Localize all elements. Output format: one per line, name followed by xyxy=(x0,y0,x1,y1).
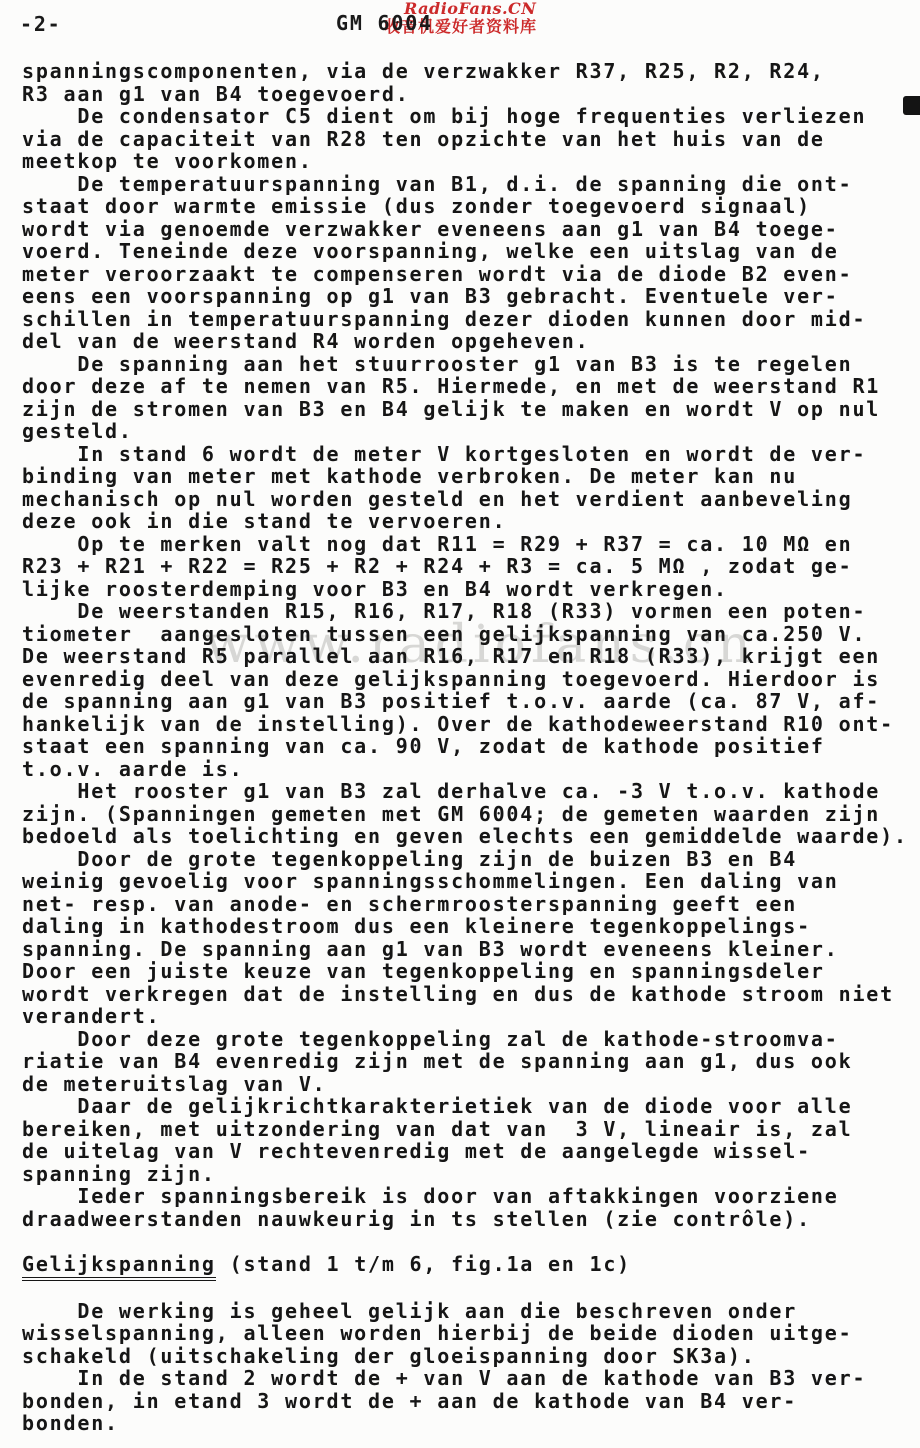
document-body: spanningscomponenten, via de verzwakker … xyxy=(22,60,908,1435)
text-line: eens een voorspanning op g1 van B3 gebra… xyxy=(22,285,908,308)
text-line: zijn. (Spanningen gemeten met GM 6004; d… xyxy=(22,803,908,826)
text-line: gesteld. xyxy=(22,420,908,443)
text-line: hankelijk van de instelling). Over de ka… xyxy=(22,713,908,736)
text-line: evenredig deel van deze gelijkspanning t… xyxy=(22,668,908,691)
text-line: Door deze grote tegenkoppeling zal de ka… xyxy=(22,1028,908,1051)
text-line: weinig gevoelig voor spanningsschommelin… xyxy=(22,870,908,893)
text-line: De weerstand R5 parallel aan R16, R17 en… xyxy=(22,645,908,668)
text-line: staat door warmte emissie (dus zonder to… xyxy=(22,195,908,218)
section-heading-title: Gelijkspanning xyxy=(22,1252,216,1281)
text-line: spanning zijn. xyxy=(22,1163,908,1186)
text-line: wisselspanning, alleen worden hierbij de… xyxy=(22,1322,908,1345)
text-line: deze ook in die stand te vervoeren. xyxy=(22,510,908,533)
text-line: R23 + R21 + R22 = R25 + R2 + R24 + R3 = … xyxy=(22,555,908,578)
text-line: meetkop te voorkomen. xyxy=(22,150,908,173)
text-line: De temperatuurspanning van B1, d.i. de s… xyxy=(22,173,908,196)
text-line: De condensator C5 dient om bij hoge freq… xyxy=(22,105,908,128)
text-line: Op te merken valt nog dat R11 = R29 + R3… xyxy=(22,533,908,556)
text-line: verandert. xyxy=(22,1005,908,1028)
text-line: bedoeld als toelichting en geven elechts… xyxy=(22,825,908,848)
text-line: De weerstanden R15, R16, R17, R18 (R33) … xyxy=(22,600,908,623)
text-line: meter veroorzaakt te compenseren wordt v… xyxy=(22,263,908,286)
text-line: Ieder spanningsbereik is door van aftakk… xyxy=(22,1185,908,1208)
document-title: GM 6004 xyxy=(336,11,433,35)
text-line: staat een spanning van ca. 90 V, zodat d… xyxy=(22,735,908,758)
text-line: De spanning aan het stuurrooster g1 van … xyxy=(22,353,908,376)
section-heading-detail: (stand 1 t/m 6, fig.1a en 1c) xyxy=(216,1252,631,1276)
text-line: daling in kathodestroom dus een kleinere… xyxy=(22,915,908,938)
text-line: wordt via genoemde verzwakker eveneens a… xyxy=(22,218,908,241)
text-line: bonden, in etand 3 wordt de + aan de kat… xyxy=(22,1390,908,1413)
text-line: riatie van B4 evenredig zijn met de span… xyxy=(22,1050,908,1073)
text-line: net- resp. van anode- en schermroostersp… xyxy=(22,893,908,916)
text-line: del van de weerstand R4 worden opgeheven… xyxy=(22,330,908,353)
page-number: -2- xyxy=(20,12,62,36)
text-line: spanning. De spanning aan g1 van B3 word… xyxy=(22,938,908,961)
text-line: voerd. Teneinde deze voorspanning, welke… xyxy=(22,240,908,263)
text-line: via de capaciteit van R28 ten opzichte v… xyxy=(22,128,908,151)
text-line: bereiken, met uitzondering van dat van 3… xyxy=(22,1118,908,1141)
text-line: De werking is geheel gelijk aan die besc… xyxy=(22,1300,908,1323)
text-line: tiometer aangesloten tussen een gelijksp… xyxy=(22,623,908,646)
text-line: de uitelag van V rechtevenredig met de a… xyxy=(22,1140,908,1163)
text-line: In de stand 2 wordt de + van V aan de ka… xyxy=(22,1367,908,1390)
text-line: draadweerstanden nauwkeurig in ts stelle… xyxy=(22,1208,908,1231)
text-line: Door de grote tegenkoppeling zijn de bui… xyxy=(22,848,908,871)
section-gelijkspanning-text: De werking is geheel gelijk aan die besc… xyxy=(22,1300,908,1435)
text-line: Daar de gelijkrichtkarakterietiek van de… xyxy=(22,1095,908,1118)
section-heading: Gelijkspanning (stand 1 t/m 6, fig.1a en… xyxy=(22,1253,908,1276)
text-line: wordt verkregen dat de instelling en dus… xyxy=(22,983,908,1006)
text-line: bonden. xyxy=(22,1412,908,1435)
text-line: mechanisch op nul worden gesteld en het … xyxy=(22,488,908,511)
text-line: schakeld (uitschakeling der gloeispannin… xyxy=(22,1345,908,1368)
text-line: In stand 6 wordt de meter V kortgesloten… xyxy=(22,443,908,466)
text-line: schillen in temperatuurspanning dezer di… xyxy=(22,308,908,331)
text-line: zijn de stromen van B3 en B4 gelijk te m… xyxy=(22,398,908,421)
text-line: de meteruitslag van V. xyxy=(22,1073,908,1096)
text-line: Het rooster g1 van B3 zal derhalve ca. -… xyxy=(22,780,908,803)
section-wisselspanning-text: spanningscomponenten, via de verzwakker … xyxy=(22,60,908,1230)
document-page: -2- GM 6004 RadioFans.CN 收音机爱好者资料库 www.r… xyxy=(0,0,920,1448)
text-line: spanningscomponenten, via de verzwakker … xyxy=(22,60,908,83)
text-line: door deze af te nemen van R5. Hiermede, … xyxy=(22,375,908,398)
text-line: de spanning aan g1 van B3 positief t.o.v… xyxy=(22,690,908,713)
text-line: R3 aan g1 van B4 toegevoerd. xyxy=(22,83,908,106)
text-line: t.o.v. aarde is. xyxy=(22,758,908,781)
text-line: binding van meter met kathode verbroken.… xyxy=(22,465,908,488)
text-line: lijke roosterdemping voor B3 en B4 wordt… xyxy=(22,578,908,601)
text-line: Door een juiste keuze van tegenkoppeling… xyxy=(22,960,908,983)
